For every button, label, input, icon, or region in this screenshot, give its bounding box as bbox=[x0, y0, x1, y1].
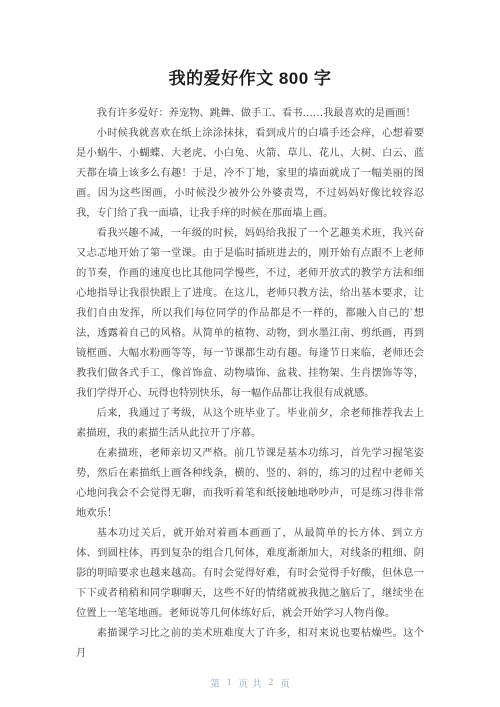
pagination-page-word: 页 bbox=[238, 676, 248, 690]
paragraph: 小时候我就喜欢在纸上涂涂抹抹，看到成片的白墙手还会痒，心想着要是小蜗牛、小蝴蝶、… bbox=[76, 124, 424, 224]
paragraph: 看我兴趣不减，一年级的时候，妈妈给我报了一个艺趣美术班，我兴奋又忐忑地开始了第一… bbox=[76, 224, 424, 404]
document-body: 我有许多爱好：养宠物、跳舞、做手工、看书……我最喜欢的是画画！ 小时候我就喜欢在… bbox=[76, 104, 424, 664]
pagination-total-pages: 2 bbox=[269, 678, 274, 688]
pagination-current-page: 1 bbox=[227, 678, 232, 688]
paragraph: 我有许多爱好：养宠物、跳舞、做手工、看书……我最喜欢的是画画！ bbox=[76, 104, 424, 124]
document-page: 我的爱好作文 800 字 我有许多爱好：养宠物、跳舞、做手工、看书……我最喜欢的… bbox=[0, 0, 500, 707]
pagination-conjunction: 共 bbox=[252, 676, 262, 690]
pagination-prefix: 第 bbox=[210, 676, 220, 690]
paragraph: 基本功过关后，就开始对着画本画画了，从最简单的长方体、到立方体、到圆柱体，再到复… bbox=[76, 524, 424, 624]
pagination-footer: 第 1 页 共 2 页 bbox=[0, 676, 500, 690]
paragraph: 在素描班，老师亲切又严格。前几节课是基本功练习，首先学习握笔姿势，然后在素描纸上… bbox=[76, 444, 424, 524]
paragraph: 后来，我通过了考级，从这个班毕业了。毕业前夕，余老师推荐我去上素描班，我的素描生… bbox=[76, 404, 424, 444]
pagination-total-word: 页 bbox=[280, 676, 290, 690]
document-title: 我的爱好作文 800 字 bbox=[0, 68, 500, 90]
paragraph: 素描课学习比之前的美术班难度大了许多，相对来说也要枯燥些。这个月 bbox=[76, 624, 424, 664]
